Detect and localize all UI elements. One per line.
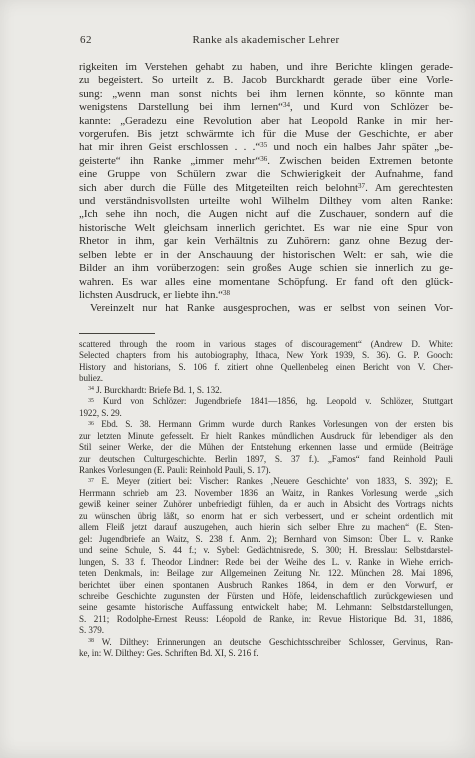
footnote-line: 35 Kurd von Schlözer: Jugendbriefe 1841—… xyxy=(79,396,453,407)
footnote-line: 1922, S. 29. xyxy=(79,408,453,419)
footnote-line: zu wünschen übrig läßt, so enorm hat er … xyxy=(79,511,453,522)
footnote-line: allem Fleiß jetzt darauf auszugehen, auc… xyxy=(79,522,453,533)
footnote-line: 38 W. Dilthey: Erinnerungen an deutsche … xyxy=(79,637,453,648)
body-line: eine Gruppe von Schülern zwar die Schwie… xyxy=(79,168,453,181)
footnote-line: Selected chapters from his autobiography… xyxy=(79,350,453,361)
footnote-line: schreibe Geschichte zugunsten der Fürste… xyxy=(79,591,453,602)
footnote-line: S. 379. xyxy=(79,625,453,636)
body-line: sung: „wenn man sonst nichts bei ihm ler… xyxy=(79,88,453,101)
footnote-line: berichtet über einen spontanen Ausbruch … xyxy=(79,580,453,591)
body-line: wahren. Es war alles eine momentane Schö… xyxy=(79,276,453,289)
paragraph: scattered through the room in various st… xyxy=(79,339,453,385)
running-header: Ranke als akademischer Lehrer xyxy=(79,34,453,46)
paragraph: 38 W. Dilthey: Erinnerungen an deutsche … xyxy=(79,637,453,660)
footnote-ref: 36 xyxy=(88,421,94,427)
footnote-line: lungen, S. 33 f. Theodor Lindner: Rede b… xyxy=(79,557,453,568)
paragraph: 34 J. Burckhardt: Briefe Bd. 1, S. 132. xyxy=(79,385,453,396)
body-line: geisterte“ ihn Ranke „immer mehr“36. Zwi… xyxy=(79,155,453,168)
footnote-ref: 34 xyxy=(88,386,94,392)
footnote-ref: 35 xyxy=(260,141,267,149)
footnote-line: ke, in: W. Dilthey: Ges. Schriften Bd. X… xyxy=(79,648,453,659)
paragraph: rigkeiten im Verstehen gehabt zu haben, … xyxy=(79,61,453,302)
footnote-line: History and historians, S. 106 f. zitier… xyxy=(79,362,453,373)
footnote-ref: 35 xyxy=(88,398,94,404)
footnote-ref: 34 xyxy=(283,101,290,109)
book-page: 62 Ranke als akademischer Lehrer rigkeit… xyxy=(0,0,475,758)
footnote-ref: 37 xyxy=(358,182,365,190)
footnote-line: 37 E. Meyer (zitiert bei: Vischer: Ranke… xyxy=(79,476,453,487)
footnote-line: zur letzten Minute gefesselt. Er hielt R… xyxy=(79,431,453,442)
footnote-line: und seine Schule, S. 44 f.; v. Sybel: Ge… xyxy=(79,545,453,556)
body-line: lichsten Ausdruck, er liebte ihn.“38 xyxy=(79,289,453,302)
body-line: Rhetor in ihm, gar kein Verhältnis zu Zu… xyxy=(79,235,453,248)
body-line: rigkeiten im Verstehen gehabt zu haben, … xyxy=(79,61,453,74)
footnote-line: Stil seiner Werke, der die Mühen der Ent… xyxy=(79,442,453,453)
paragraph: 36 Ebd. S. 38. Hermann Grimm wurde durch… xyxy=(79,419,453,476)
body-line: selben lebte er in der Anschauung der hi… xyxy=(79,249,453,262)
body-line: Bilder an ihm vorüberzogen: sein großes … xyxy=(79,262,453,275)
body-line: „Ich sehe ihn noch, die Augen nicht auf … xyxy=(79,208,453,221)
body-line: wenigstens Darstellung bei ihm lernen“34… xyxy=(79,101,453,114)
footnote-ref: 36 xyxy=(260,155,267,163)
body-text: rigkeiten im Verstehen gehabt zu haben, … xyxy=(79,61,453,316)
footnote-ref: 38 xyxy=(88,638,94,644)
footnote-line: 36 Ebd. S. 38. Hermann Grimm wurde durch… xyxy=(79,419,453,430)
paragraph: 37 E. Meyer (zitiert bei: Vischer: Ranke… xyxy=(79,476,453,636)
footnote-line: zur deutschen Culturgeschichte. Berlin 1… xyxy=(79,454,453,465)
footnote-line: gel: Jugendbriefe an Waitz, S. 238 f. An… xyxy=(79,534,453,545)
paragraph: Vereinzelt nur hat Ranke ausgesprochen, … xyxy=(79,302,453,315)
footnote-line: teten Denkmals, in: Beilage zur Allgemei… xyxy=(79,568,453,579)
footnote-separator xyxy=(79,333,155,334)
body-line: vorgerufen. Bis jetzt schwärmte ich für … xyxy=(79,128,453,141)
body-line: historische Welt gleichsam innerlich ger… xyxy=(79,222,453,235)
footnote-line: scattered through the room in various st… xyxy=(79,339,453,350)
footnote-line: buliez. xyxy=(79,373,453,384)
body-line: Vereinzelt nur hat Ranke ausgesprochen, … xyxy=(79,302,453,315)
body-line: sich aber durch die Fülle des Mitgeteilt… xyxy=(79,182,453,195)
body-line: kannte: „Geradezu eine Revolution aber h… xyxy=(79,115,453,128)
body-line: hat mir ihren Geist erschlossen . . .“35… xyxy=(79,141,453,154)
footnote-line: S. 211; Rodolphe-Ernest Reuss: Léopold d… xyxy=(79,614,453,625)
footnote-line: seine gesamte historische Auffassung ent… xyxy=(79,602,453,613)
body-line: zu begeistert. So urteilt z. B. Jacob Bu… xyxy=(79,74,453,87)
footnotes: scattered through the room in various st… xyxy=(79,339,453,660)
footnote-line: 34 J. Burckhardt: Briefe Bd. 1, S. 132. xyxy=(79,385,453,396)
footnote-ref: 37 xyxy=(88,478,94,484)
footnote-line: Herrmann schrieb am 23. November 1836 an… xyxy=(79,488,453,499)
footnote-line: gewiß keiner seiner Zuhörer unbefriedigt… xyxy=(79,499,453,510)
footnote-ref: 38 xyxy=(223,289,230,297)
paragraph: 35 Kurd von Schlözer: Jugendbriefe 1841—… xyxy=(79,396,453,419)
body-line: und verständnisvollsten urteilte wohl Wi… xyxy=(79,195,453,208)
footnote-line: Rankes Vorlesungen (E. Pauli: Reinhold P… xyxy=(79,465,453,476)
